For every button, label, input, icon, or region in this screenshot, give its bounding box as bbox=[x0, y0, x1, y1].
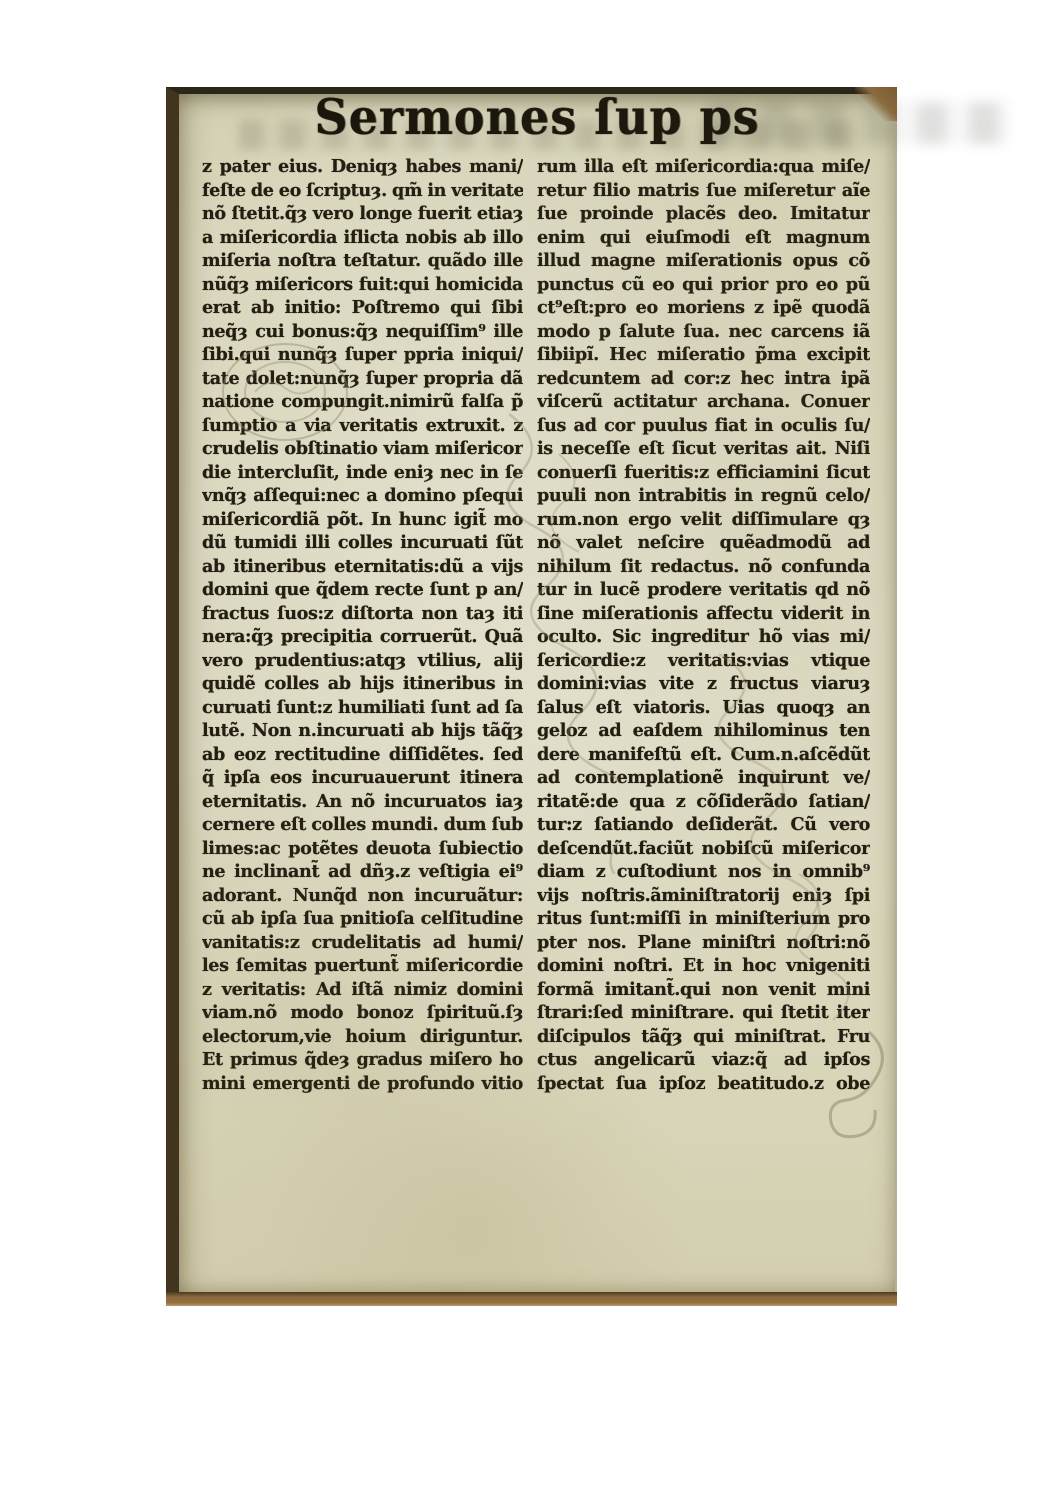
page-title: Sermones ſup ps bbox=[179, 89, 895, 146]
text-line: neq̃ȝ cui bonus:q̃ȝ nequiſſim⁹ ille bbox=[202, 320, 523, 344]
text-line: ad contemplationẽ inquirunt ve/ bbox=[537, 766, 870, 790]
text-line: ct⁹eſt:pro eo moriens z ipẽ quodã bbox=[537, 296, 870, 320]
text-line: a miſericordia iflicta nobis ab illo bbox=[202, 226, 523, 250]
text-line: modo p ſalute ſua. nec carcens iã bbox=[537, 320, 870, 344]
text-line: nera:q̃ȝ precipitia corruerũt. Quã bbox=[202, 625, 523, 649]
text-line: die intercluſit, inde eniȝ nec in ſe bbox=[202, 461, 523, 485]
text-line: cũ ab ipſa ſua pnitioſa celſitudine bbox=[202, 907, 523, 931]
text-line: ſpectat ſua ipſoz beatitudo.z obe bbox=[537, 1072, 870, 1096]
text-line: diam z cuſtodiunt nos in omnib⁹ bbox=[537, 860, 870, 884]
text-line: illud magne miſerationis opus cõ bbox=[537, 249, 870, 273]
text-line: ctus angelicarũ viaz:q̃ ad ipſos bbox=[537, 1048, 870, 1072]
text-line: ſericordie:z veritatis:vias vtique bbox=[537, 649, 870, 673]
text-line: ſumptio a via veritatis extruxit. z bbox=[202, 414, 523, 438]
text-line: ſibi.qui nunq̃ȝ ſuper ppria iniqui/ bbox=[202, 343, 523, 367]
text-line: mini emergenti de profundo vitio bbox=[202, 1072, 523, 1096]
text-line: ſue proinde placẽs deo. Imitatur bbox=[537, 202, 870, 226]
text-line: tate dolet:nunq̃ȝ ſuper propria dã bbox=[202, 367, 523, 391]
scanned-book-photo: Sermones ſup ps z pater eius. Deniqȝ hab… bbox=[0, 0, 1060, 1500]
text-line: lutẽ. Non n.incuruati ab hijs tãq̃ȝ bbox=[202, 719, 523, 743]
text-line: ne inclinant̃ ad dñȝ.z veſtigia ei⁹ bbox=[202, 860, 523, 884]
text-line: les ſemitas puertunt̃ miſericordie bbox=[202, 954, 523, 978]
text-column-left: z pater eius. Deniqȝ habes mani/feſte de… bbox=[202, 155, 523, 1095]
text-line: limes:ac potẽtes deuota ſubiectio bbox=[202, 837, 523, 861]
text-line: tur in lucẽ prodere veritatis qd nõ bbox=[537, 578, 870, 602]
text-line: dũ tumidi illi colles incuruati ſũt bbox=[202, 531, 523, 555]
text-line: domini:vias vite z fructus viaruȝ bbox=[537, 672, 870, 696]
text-line: erat ab initio: Poſtremo qui ſibi bbox=[202, 296, 523, 320]
text-line: vanitatis:z crudelitatis ad humi/ bbox=[202, 931, 523, 955]
text-line: crudelis obſtinatio viam miſericor bbox=[202, 437, 523, 461]
text-line: z pater eius. Deniqȝ habes mani/ bbox=[202, 155, 523, 179]
text-line: ritus ſunt:miſſi in miniſterium pro bbox=[537, 907, 870, 931]
text-line: domini que q̃dem recte ſunt p an/ bbox=[202, 578, 523, 602]
text-line: pter nos. Plane miniſtri noſtri:nõ bbox=[537, 931, 870, 955]
text-line: viam.nõ modo bonoz ſpirituũ.ſȝ bbox=[202, 1001, 523, 1025]
text-line: ſus ad cor puulus fiat in oculis ſu/ bbox=[537, 414, 870, 438]
text-line: dere manifeſtũ eſt. Cum.n.aſcẽdũt bbox=[537, 743, 870, 767]
text-line: adorant. Nunq̃d non incuruãtur: bbox=[202, 884, 523, 908]
book-page: Sermones ſup ps z pater eius. Deniqȝ hab… bbox=[166, 87, 897, 1294]
text-line: ab eoz rectitudine diſſidẽtes. ſed bbox=[202, 743, 523, 767]
text-line: ſibiipĩ. Hec miſeratio p̃ma excipit bbox=[537, 343, 870, 367]
text-line: vero prudentius:atqȝ vtilius, alij bbox=[202, 649, 523, 673]
text-line: vijs noſtris.ãminiſtratorij eniȝ ſpi bbox=[537, 884, 870, 908]
text-line: domini noſtri. Et in hoc vnigeniti bbox=[537, 954, 870, 978]
text-line: nihilum ſit redactus. nõ confunda bbox=[537, 555, 870, 579]
text-line: ſine miſerationis affectu viderit in bbox=[537, 602, 870, 626]
text-line: fractus ſuos:z diſtorta non taȝ iti bbox=[202, 602, 523, 626]
text-line: curuati ſunt:z humiliati ſunt ad ſa bbox=[202, 696, 523, 720]
text-line: rum.non ergo velit diſſimulare qȝ bbox=[537, 508, 870, 532]
text-line: ab itineribus eternitatis:dũ a vijs bbox=[202, 555, 523, 579]
text-line: natione compungit.nimirũ falſa p̃ bbox=[202, 390, 523, 414]
text-line: enim qui eiuſmodi eſt magnum bbox=[537, 226, 870, 250]
text-line: punctus cũ eo qui prior pro eo pũ bbox=[537, 273, 870, 297]
text-line: rum illa eſt miſericordia:qua miſe/ bbox=[537, 155, 870, 179]
text-line: tur:z ſatiando deſiderãt. Cũ vero bbox=[537, 813, 870, 837]
text-line: puuli non intrabitis in regnũ celo/ bbox=[537, 484, 870, 508]
text-line: Et primus q̃deȝ gradus miſero ho bbox=[202, 1048, 523, 1072]
text-line: geloz ad eaſdem nihilominus ten bbox=[537, 719, 870, 743]
text-line: z veritatis: Ad iſtã nimiz domini bbox=[202, 978, 523, 1002]
text-line: oculto. Sic ingreditur hõ vias mi/ bbox=[537, 625, 870, 649]
page-corner-board bbox=[855, 87, 897, 121]
text-line: formã imitant̃.qui non venit mini bbox=[537, 978, 870, 1002]
text-line: ſtrari:ſed miniſtrare. qui ſtetit iter bbox=[537, 1001, 870, 1025]
text-line: feſte de eo ſcriptuȝ. qm̃ in veritate bbox=[202, 179, 523, 203]
text-line: nõ valet neſcire quẽadmodũ ad bbox=[537, 531, 870, 555]
text-line: quidẽ colles ab hijs itineribus in bbox=[202, 672, 523, 696]
text-line: vnq̃ȝ aſſequi:nec a domino pſequi bbox=[202, 484, 523, 508]
text-line: miſeria noſtra teſtatur. quãdo ille bbox=[202, 249, 523, 273]
text-line: is neceſſe eſt ſicut veritas ait. Niſi bbox=[537, 437, 870, 461]
book-board-edge bbox=[166, 1292, 897, 1306]
text-line: retur filio matris ſue miſeretur aĩe bbox=[537, 179, 870, 203]
text-line: electorum,vie hoium diriguntur. bbox=[202, 1025, 523, 1049]
text-line: diſcipulos tãq̃ȝ qui miniſtrat. Fru bbox=[537, 1025, 870, 1049]
text-column-right: rum illa eſt miſericordia:qua miſe/retur… bbox=[537, 155, 870, 1095]
text-line: deſcendũt.faciũt nobiſcũ miſericor bbox=[537, 837, 870, 861]
text-line: nõ ſtetit.q̃ȝ vero longe fuerit etiaȝ bbox=[202, 202, 523, 226]
text-line: conuerſi fueritis:z efficiamini ſicut bbox=[537, 461, 870, 485]
text-line: eternitatis. An nõ incuruatos iaȝ bbox=[202, 790, 523, 814]
text-line: redcuntem ad cor:z hec intra ipã bbox=[537, 367, 870, 391]
text-line: viſcerũ actitatur archana. Conuer bbox=[537, 390, 870, 414]
text-line: cernere eſt colles mundi. dum ſub bbox=[202, 813, 523, 837]
text-line: ritatẽ:de qua z cõſiderãdo ſatian/ bbox=[537, 790, 870, 814]
text-line: ſalus eſt viatoris. Uias quoqȝ an bbox=[537, 696, 870, 720]
text-line: miſericordiã põt. In hunc igit̃ mo bbox=[202, 508, 523, 532]
text-line: q̃ ipſa eos incuruauerunt itinera bbox=[202, 766, 523, 790]
text-line: nũq̃ȝ miſericors fuit:qui homicida bbox=[202, 273, 523, 297]
